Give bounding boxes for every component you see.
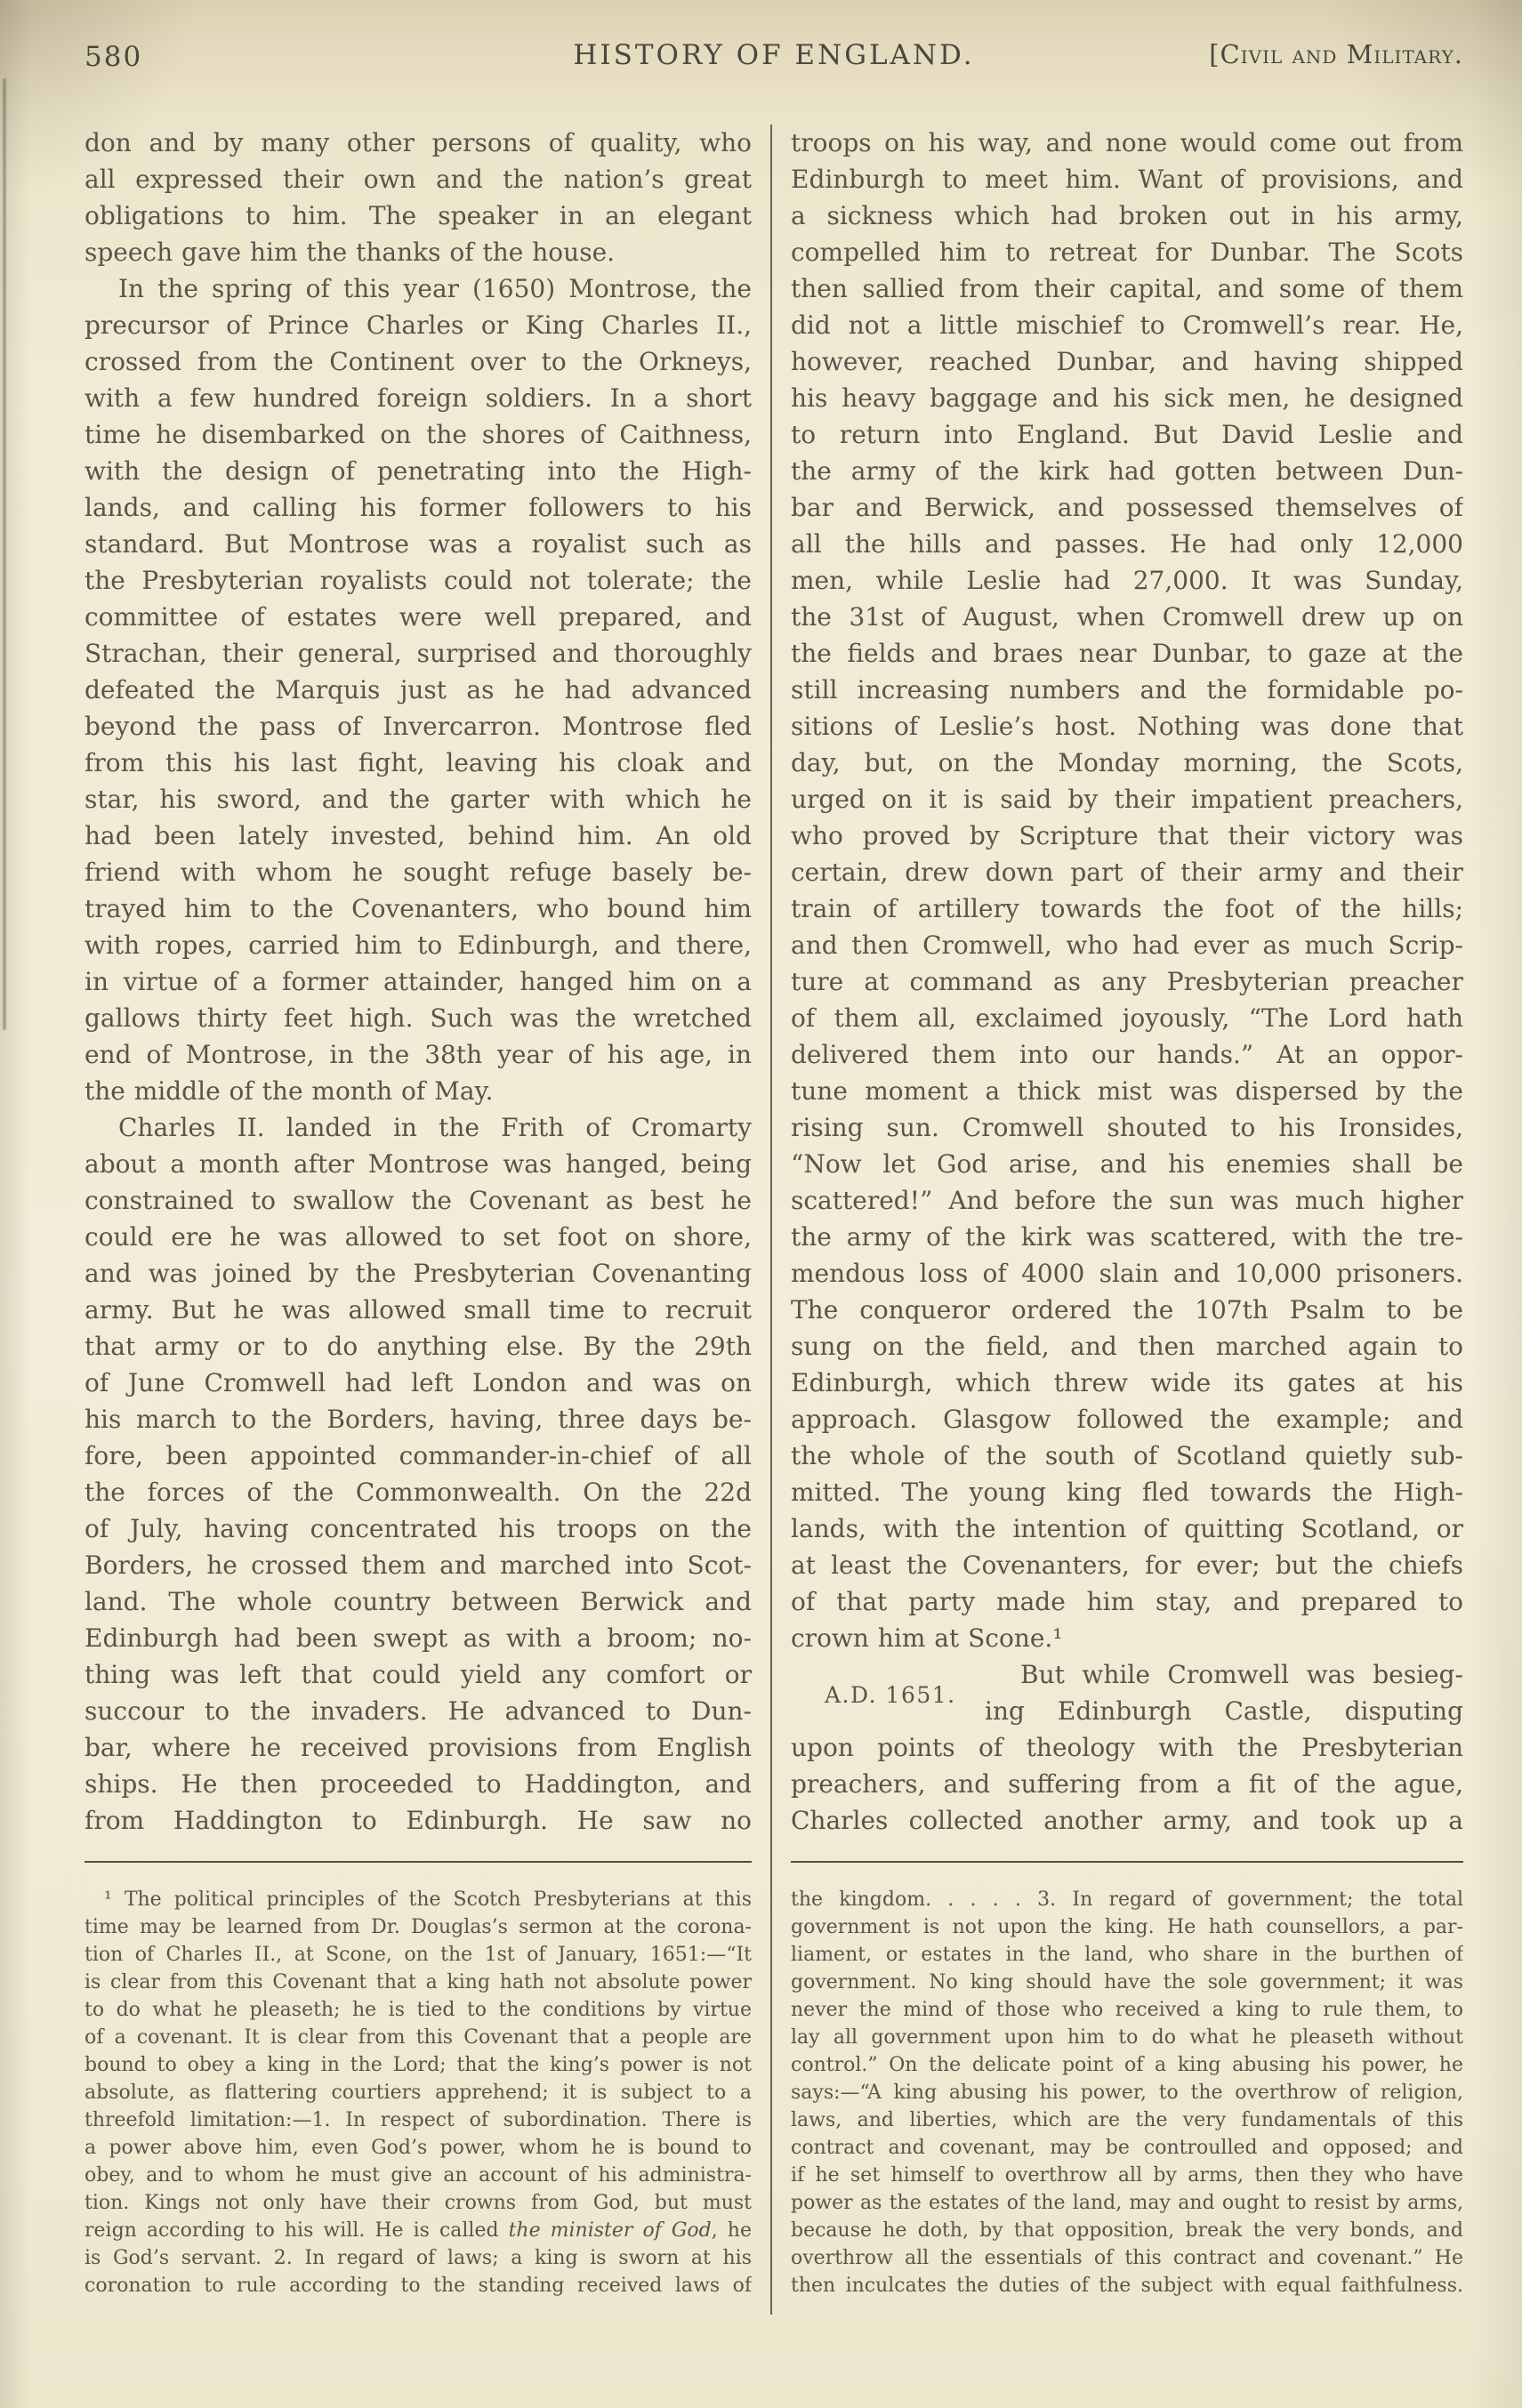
text-segment: from this his last fight, leaving his cl…	[85, 748, 752, 777]
text-segment: then inculcates the duties of the subjec…	[791, 2275, 1463, 2297]
text-segment: speech gave him the thanks of the house.	[85, 238, 615, 267]
text-segment: crossed from the Continent over to the O…	[85, 347, 752, 376]
text-line: rising sun. Cromwell shouted to his Iron…	[791, 1109, 1463, 1146]
text-line: land. The whole country between Berwick …	[85, 1583, 752, 1620]
text-line: Charles II. landed in the Frith of Croma…	[85, 1109, 752, 1146]
text-line: time he disembarked on the shores of Cai…	[85, 416, 752, 453]
text-line: ¹ The political principles of the Scotch…	[85, 1886, 752, 1913]
text-segment: who proved by Scripture that their victo…	[791, 821, 1463, 850]
marginal-date-note: A.D. 1651.	[825, 1682, 956, 1708]
text-line: Charles collected another army, and took…	[791, 1802, 1463, 1839]
text-line: the middle of the month of May.	[85, 1073, 752, 1109]
text-segment: gallows thirty feet high. Such was the w…	[85, 1003, 752, 1033]
paragraph: the kingdom. . . . . 3. In regard of gov…	[791, 1886, 1463, 2299]
text-line: obligations to him. The speaker in an el…	[85, 197, 752, 234]
text-line: committee of estates were well prepared,…	[85, 599, 752, 635]
text-line: the forces of the Commonwealth. On the 2…	[85, 1474, 752, 1510]
text-line: of a covenant. It is clear from this Cov…	[85, 2024, 752, 2051]
text-segment: of them all, exclaimed joyously, “The Lo…	[791, 1003, 1463, 1033]
text-line: lay all government upon him to do what h…	[791, 2024, 1463, 2051]
text-line: the kingdom. . . . . 3. In regard of gov…	[791, 1886, 1463, 1913]
left-text-column: don and by many other persons of quality…	[85, 125, 752, 1839]
text-line: overthrow all the essentials of this con…	[791, 2244, 1463, 2272]
text-line: obey, and to whom he must give an accoun…	[85, 2162, 752, 2189]
text-line: the fields and braes near Dunbar, to gaz…	[791, 635, 1463, 672]
text-line: “Now let God arise, and his enemies shal…	[791, 1146, 1463, 1182]
text-segment: ships. He then proceeded to Haddington, …	[85, 1769, 752, 1799]
text-segment: preachers, and suffering from a fit of t…	[791, 1769, 1463, 1799]
text-line: fore, been appointed commander-in-chief …	[85, 1438, 752, 1474]
text-segment: the fields and braes near Dunbar, to gaz…	[791, 639, 1463, 668]
text-segment: the Presbyterian royalists could not tol…	[85, 566, 752, 595]
text-line: threefold limitation:—1. In respect of s…	[85, 2106, 752, 2134]
text-line: delivered them into our hands.” At an op…	[791, 1036, 1463, 1073]
text-segment: obey, and to whom he must give an accoun…	[85, 2164, 752, 2187]
text-segment: his march to the Borders, having, three …	[85, 1405, 752, 1434]
text-line: Strachan, their general, surprised and t…	[85, 635, 752, 672]
text-segment: at least the Covenanters, for ever; but …	[791, 1550, 1463, 1580]
text-segment: train of artillery towards the foot of t…	[791, 894, 1463, 923]
text-line: scattered!” And before the sun was much …	[791, 1182, 1463, 1219]
text-segment: is God’s servant. 2. In regard of laws; …	[85, 2247, 752, 2269]
text-segment: thing was left that could yield any comf…	[85, 1660, 752, 1689]
text-segment: crown him at Scone.¹	[791, 1623, 1063, 1653]
running-title: HISTORY OF ENGLAND.	[573, 39, 974, 71]
text-segment: with ropes, carried him to Edinburgh, an…	[85, 930, 752, 960]
text-segment: obligations to him. The speaker in an el…	[85, 201, 752, 230]
text-line: did not a little mischief to Cromwell’s …	[791, 307, 1463, 343]
text-segment: a sickness which had broken out in his a…	[791, 201, 1463, 230]
text-segment: if he set himself to overthrow all by ar…	[791, 2164, 1463, 2187]
text-line: Edinburgh had been swept as with a broom…	[85, 1620, 752, 1656]
text-segment: trayed him to the Covenanters, who bound…	[85, 894, 752, 923]
text-segment: , he	[712, 2219, 752, 2242]
text-segment: did not a little mischief to Cromwell’s …	[791, 310, 1463, 340]
text-line: from this his last fight, leaving his cl…	[85, 745, 752, 781]
text-segment: to do what he pleaseth; he is tied to th…	[85, 1999, 752, 2021]
text-line: at least the Covenanters, for ever; but …	[791, 1547, 1463, 1583]
text-line: of that party made him stay, and prepare…	[791, 1583, 1463, 1620]
text-segment: tion of Charles II., at Scone, on the 1s…	[85, 1944, 752, 1966]
text-segment: the middle of the month of May.	[85, 1076, 494, 1106]
text-segment: mitted. The young king fled towards the …	[791, 1478, 1463, 1507]
text-segment: and was joined by the Presbyterian Coven…	[85, 1259, 752, 1288]
text-line: defeated the Marquis just as he had adva…	[85, 672, 752, 708]
text-segment: of a covenant. It is clear from this Cov…	[85, 2026, 752, 2049]
text-segment: sitions of Leslie’s host. Nothing was do…	[791, 712, 1463, 741]
text-line: coronation to rule according to the stan…	[85, 2272, 752, 2299]
text-segment: Charles collected another army, and took…	[791, 1806, 1463, 1835]
text-segment: But while Cromwell was besieg-	[1020, 1660, 1463, 1689]
text-segment: government is not upon the king. He hath…	[791, 1916, 1463, 1938]
text-line: bar and Berwick, and possessed themselve…	[791, 489, 1463, 526]
text-segment: liament, or estates in the land, who sha…	[791, 1944, 1463, 1966]
text-line: urged on it is said by their impatient p…	[791, 781, 1463, 817]
running-header: 580 HISTORY OF ENGLAND. [Civil and Milit…	[85, 36, 1463, 80]
text-segment: is clear from this Covenant that a king …	[85, 1971, 752, 1993]
text-segment: still increasing numbers and the formida…	[791, 675, 1463, 705]
text-segment: fore, been appointed commander-in-chief …	[85, 1441, 752, 1470]
footnote-left-column: ¹ The political principles of the Scotch…	[85, 1861, 752, 2299]
text-line: the Presbyterian royalists could not tol…	[85, 562, 752, 599]
text-line: and then Cromwell, who had ever as much …	[791, 927, 1463, 963]
text-segment: the kingdom. . . . . 3. In regard of gov…	[791, 1889, 1463, 1911]
text-segment: precursor of Prince Charles or King Char…	[85, 310, 752, 340]
text-segment: threefold limitation:—1. In respect of s…	[85, 2109, 752, 2131]
text-segment: all expressed their own and the nation’s…	[85, 165, 752, 194]
text-line: crossed from the Continent over to the O…	[85, 343, 752, 380]
text-line: of June Cromwell had left London and was…	[85, 1365, 752, 1401]
text-segment: urged on it is said by their impatient p…	[791, 785, 1463, 814]
text-line: Edinburgh to meet him. Want of provision…	[791, 161, 1463, 197]
text-segment: overthrow all the essentials of this con…	[791, 2247, 1463, 2269]
text-line: could ere he was allowed to set foot on …	[85, 1219, 752, 1255]
text-segment: the army of the kirk was scattered, with…	[791, 1222, 1463, 1252]
text-line: troops on his way, and none would come o…	[791, 125, 1463, 161]
text-line: government. No king should have the sole…	[791, 1969, 1463, 1996]
text-segment: certain, drew down part of their army an…	[791, 858, 1463, 887]
text-segment: bar and Berwick, and possessed themselve…	[791, 493, 1463, 522]
text-line: never the mind of those who received a k…	[791, 1996, 1463, 2024]
text-segment: his heavy baggage and his sick men, he d…	[791, 383, 1463, 413]
paragraph: don and by many other persons of quality…	[85, 125, 752, 270]
text-line: all expressed their own and the nation’s…	[85, 161, 752, 197]
text-line: train of artillery towards the foot of t…	[791, 890, 1463, 927]
text-line: reign according to his will. He is calle…	[85, 2217, 752, 2244]
text-segment: with the design of penetrating into the …	[85, 456, 752, 486]
text-line: mendous loss of 4000 slain and 10,000 pr…	[791, 1255, 1463, 1292]
text-line: sung on the field, and then marched agai…	[791, 1328, 1463, 1365]
text-segment: says:—“A king abusing his power, to the …	[791, 2082, 1463, 2104]
text-line: time may be learned from Dr. Douglas’s s…	[85, 1913, 752, 1941]
text-segment: coronation to rule according to the stan…	[85, 2275, 752, 2297]
text-segment: troops on his way, and none would come o…	[791, 128, 1463, 157]
text-segment: the army of the kirk had gotten between …	[791, 456, 1463, 486]
text-line: and was joined by the Presbyterian Coven…	[85, 1255, 752, 1292]
paragraph: Charles II. landed in the Frith of Croma…	[85, 1109, 752, 1839]
text-segment: the forces of the Commonwealth. On the 2…	[85, 1478, 752, 1507]
text-line: succour to the invaders. He advanced to …	[85, 1693, 752, 1729]
text-segment: ture at command as any Presbyterian prea…	[791, 967, 1463, 996]
text-segment: tion. Kings not only have their crowns f…	[85, 2192, 752, 2214]
text-segment: the whole of the south of Scotland quiet…	[791, 1441, 1463, 1470]
text-line: his march to the Borders, having, three …	[85, 1401, 752, 1438]
text-segment: of that party made him stay, and prepare…	[791, 1587, 1463, 1616]
text-segment: then sallied from their capital, and som…	[791, 274, 1463, 303]
text-line: approach. Glasgow followed the example; …	[791, 1401, 1463, 1438]
text-segment: contract and covenant, may be controulle…	[791, 2137, 1463, 2159]
text-segment: a power above him, even God’s power, who…	[85, 2137, 752, 2159]
text-segment: defeated the Marquis just as he had adva…	[85, 675, 752, 705]
text-segment: succour to the invaders. He advanced to …	[85, 1696, 752, 1726]
text-line: who proved by Scripture that their victo…	[791, 817, 1463, 854]
text-line: liament, or estates in the land, who sha…	[791, 1941, 1463, 1969]
text-line: of them all, exclaimed joyously, “The Lo…	[791, 1000, 1463, 1036]
text-segment: standard. But Montrose was a royalist su…	[85, 529, 752, 559]
text-segment: Edinburgh, which threw wide its gates at…	[791, 1368, 1463, 1397]
text-line: men, while Leslie had 27,000. It was Sun…	[791, 562, 1463, 599]
text-segment: control.” On the delicate point of a kin…	[791, 2054, 1463, 2076]
text-line: Borders, he crossed them and marched int…	[85, 1547, 752, 1583]
text-segment: about a month after Montrose was hanged,…	[85, 1149, 752, 1179]
text-line: about a month after Montrose was hanged,…	[85, 1146, 752, 1182]
text-line: however, reached Dunbar, and having ship…	[791, 343, 1463, 380]
text-line: in virtue of a former attainder, hanged …	[85, 963, 752, 1000]
column-divider-rule	[770, 125, 772, 2315]
text-segment: don and by many other persons of quality…	[85, 128, 752, 157]
text-segment: end of Montrose, in the 38th year of his…	[85, 1040, 752, 1069]
text-segment: committee of estates were well prepared,…	[85, 602, 752, 632]
text-segment: reign according to his will. He is calle…	[85, 2219, 509, 2242]
text-segment: from Haddington to Edinburgh. He saw no	[85, 1806, 752, 1835]
text-line: don and by many other persons of quality…	[85, 125, 752, 161]
text-segment: however, reached Dunbar, and having ship…	[791, 347, 1463, 376]
text-segment: and then Cromwell, who had ever as much …	[791, 930, 1463, 960]
text-line: still increasing numbers and the formida…	[791, 672, 1463, 708]
text-segment: power as the estates of the land, may an…	[791, 2192, 1463, 2214]
text-segment: upon points of theology with the Presbyt…	[791, 1733, 1463, 1762]
text-segment: day, but, on the Monday morning, the Sco…	[791, 748, 1463, 777]
text-line: In the spring of this year (1650) Montro…	[85, 270, 752, 307]
text-segment: army. But he was allowed small time to r…	[85, 1295, 752, 1325]
header-section-label: [Civil and Military.	[1209, 39, 1463, 69]
text-line: lands, with the intention of quitting Sc…	[791, 1510, 1463, 1547]
text-line: with the design of penetrating into the …	[85, 453, 752, 489]
text-segment: that army or to do anything else. By the…	[85, 1332, 752, 1361]
text-line: gallows thirty feet high. Such was the w…	[85, 1000, 752, 1036]
text-segment: “Now let God arise, and his enemies shal…	[791, 1149, 1463, 1179]
text-segment: because he doth, by that opposition, bre…	[791, 2219, 1463, 2242]
text-line: with ropes, carried him to Edinburgh, an…	[85, 927, 752, 963]
text-line: laws, and liberties, which are the very …	[791, 2106, 1463, 2134]
text-segment: delivered them into our hands.” At an op…	[791, 1040, 1463, 1069]
text-segment: sung on the field, and then marched agai…	[791, 1332, 1463, 1361]
text-line: tune moment a thick mist was dispersed b…	[791, 1073, 1463, 1109]
text-segment: had been lately invested, behind him. An…	[85, 821, 752, 850]
text-segment: in virtue of a former attainder, hanged …	[85, 967, 752, 996]
text-line: a power above him, even God’s power, who…	[85, 2134, 752, 2162]
text-segment: Edinburgh to meet him. Want of provision…	[791, 165, 1463, 194]
text-segment: with a few hundred foreign soldiers. In …	[85, 383, 752, 413]
text-segment: The conqueror ordered the 107th Psalm to…	[791, 1295, 1463, 1325]
scan-edge-artifact	[3, 78, 6, 1030]
text-segment: Strachan, their general, surprised and t…	[85, 639, 752, 668]
text-line: standard. But Montrose was a royalist su…	[85, 526, 752, 562]
text-segment: laws, and liberties, which are the very …	[791, 2109, 1463, 2131]
text-line: tion. Kings not only have their crowns f…	[85, 2189, 752, 2217]
text-segment: lay all government upon him to do what h…	[791, 2026, 1463, 2049]
text-line: trayed him to the Covenanters, who bound…	[85, 890, 752, 927]
text-line: of July, having concentrated his troops …	[85, 1510, 752, 1547]
text-segment: men, while Leslie had 27,000. It was Sun…	[791, 566, 1463, 595]
text-segment: beyond the pass of Invercarron. Montrose…	[85, 712, 752, 741]
text-line: The conqueror ordered the 107th Psalm to…	[791, 1292, 1463, 1328]
text-line: the 31st of August, when Cromwell drew u…	[791, 599, 1463, 635]
text-line: is God’s servant. 2. In regard of laws; …	[85, 2244, 752, 2272]
text-line: because he doth, by that opposition, bre…	[791, 2217, 1463, 2244]
text-line: star, his sword, and the garter with whi…	[85, 781, 752, 817]
text-segment: scattered!” And before the sun was much …	[791, 1186, 1463, 1215]
paragraph: A.D. 1651.But while Cromwell was besieg-…	[791, 1656, 1463, 1839]
text-segment: constrained to swallow the Covenant as b…	[85, 1186, 752, 1215]
right-text-column: troops on his way, and none would come o…	[791, 125, 1463, 1839]
text-segment: Edinburgh had been swept as with a broom…	[85, 1623, 752, 1653]
italic-text: the minister of God	[509, 2219, 712, 2242]
text-line: thing was left that could yield any comf…	[85, 1656, 752, 1693]
text-line: the whole of the south of Scotland quiet…	[791, 1438, 1463, 1474]
text-segment: In the spring of this year (1650) Montro…	[118, 274, 752, 303]
text-segment: friend with whom he sought refuge basely…	[85, 858, 752, 887]
text-line: that army or to do anything else. By the…	[85, 1328, 752, 1365]
text-segment: ing Edinburgh Castle, disputing	[985, 1696, 1463, 1726]
text-segment: land. The whole country between Berwick …	[85, 1587, 752, 1616]
text-line: ships. He then proceeded to Haddington, …	[85, 1766, 752, 1802]
text-segment: ¹ The political principles of the Scotch…	[104, 1889, 752, 1911]
text-line: contract and covenant, may be controulle…	[791, 2134, 1463, 2162]
text-line: a sickness which had broken out in his a…	[791, 197, 1463, 234]
book-page-scan: 580 HISTORY OF ENGLAND. [Civil and Milit…	[0, 0, 1522, 2408]
text-segment: never the mind of those who received a k…	[791, 1999, 1463, 2021]
text-line: bar, where he received provisions from E…	[85, 1729, 752, 1766]
text-line: the army of the kirk had gotten between …	[791, 453, 1463, 489]
paragraph: In the spring of this year (1650) Montro…	[85, 270, 752, 1109]
text-segment: bar, where he received provisions from E…	[85, 1733, 752, 1762]
text-line: says:—“A king abusing his power, to the …	[791, 2079, 1463, 2106]
text-line: certain, drew down part of their army an…	[791, 854, 1463, 890]
text-line: end of Montrose, in the 38th year of his…	[85, 1036, 752, 1073]
text-segment: rising sun. Cromwell shouted to his Iron…	[791, 1113, 1463, 1142]
text-line: had been lately invested, behind him. An…	[85, 817, 752, 854]
text-segment: could ere he was allowed to set foot on …	[85, 1222, 752, 1252]
text-line: then inculcates the duties of the subjec…	[791, 2272, 1463, 2299]
text-segment: bound to obey a king in the Lord; that t…	[85, 2054, 752, 2076]
text-line: is clear from this Covenant that a king …	[85, 1969, 752, 1996]
text-segment: absolute, as flattering courtiers appreh…	[85, 2082, 752, 2104]
text-segment: all the hills and passes. He had only 12…	[791, 529, 1463, 559]
text-line: mitted. The young king fled towards the …	[791, 1474, 1463, 1510]
text-line: upon points of theology with the Presbyt…	[791, 1729, 1463, 1766]
text-line: government is not upon the king. He hath…	[791, 1913, 1463, 1941]
text-segment: approach. Glasgow followed the example; …	[791, 1405, 1463, 1434]
text-line: power as the estates of the land, may an…	[791, 2189, 1463, 2217]
text-segment: of July, having concentrated his troops …	[85, 1514, 752, 1543]
text-segment: time may be learned from Dr. Douglas’s s…	[85, 1916, 752, 1938]
text-line: preachers, and suffering from a fit of t…	[791, 1766, 1463, 1802]
text-line: all the hills and passes. He had only 12…	[791, 526, 1463, 562]
text-line: army. But he was allowed small time to r…	[85, 1292, 752, 1328]
text-line: control.” On the delicate point of a kin…	[791, 2051, 1463, 2079]
text-segment: lands, and calling his former followers …	[85, 493, 752, 522]
text-line: bound to obey a king in the Lord; that t…	[85, 2051, 752, 2079]
text-line: the army of the kirk was scattered, with…	[791, 1219, 1463, 1255]
text-segment: lands, with the intention of quitting Sc…	[791, 1514, 1463, 1543]
text-segment: to return into England. But David Leslie…	[791, 420, 1463, 449]
page-number: 580	[85, 41, 142, 73]
text-line: Edinburgh, which threw wide its gates at…	[791, 1365, 1463, 1401]
text-segment: compelled him to retreat for Dunbar. The…	[791, 238, 1463, 267]
text-line: with a few hundred foreign soldiers. In …	[85, 380, 752, 416]
text-line: lands, and calling his former followers …	[85, 489, 752, 526]
text-line: then sallied from their capital, and som…	[791, 270, 1463, 307]
text-line: speech gave him the thanks of the house.	[85, 234, 752, 270]
text-line: absolute, as flattering courtiers appreh…	[85, 2079, 752, 2106]
text-line: day, but, on the Monday morning, the Sco…	[791, 745, 1463, 781]
text-segment: the 31st of August, when Cromwell drew u…	[791, 602, 1463, 632]
text-segment: mendous loss of 4000 slain and 10,000 pr…	[791, 1259, 1463, 1288]
text-line: crown him at Scone.¹	[791, 1620, 1463, 1656]
text-line: beyond the pass of Invercarron. Montrose…	[85, 708, 752, 745]
paragraph: ¹ The political principles of the Scotch…	[85, 1886, 752, 2299]
text-segment: Charles II. landed in the Frith of Croma…	[118, 1113, 752, 1142]
text-line: from Haddington to Edinburgh. He saw no	[85, 1802, 752, 1839]
text-segment: Borders, he crossed them and marched int…	[85, 1550, 752, 1580]
text-line: precursor of Prince Charles or King Char…	[85, 307, 752, 343]
footnote-right-column: the kingdom. . . . . 3. In regard of gov…	[791, 1861, 1463, 2299]
text-segment: government. No king should have the sole…	[791, 1971, 1463, 1993]
text-line: ture at command as any Presbyterian prea…	[791, 963, 1463, 1000]
text-line: friend with whom he sought refuge basely…	[85, 854, 752, 890]
text-segment: star, his sword, and the garter with whi…	[85, 785, 752, 814]
text-segment: of June Cromwell had left London and was…	[85, 1368, 752, 1397]
text-segment: tune moment a thick mist was dispersed b…	[791, 1076, 1463, 1106]
paragraph: troops on his way, and none would come o…	[791, 125, 1463, 1656]
text-line: constrained to swallow the Covenant as b…	[85, 1182, 752, 1219]
text-line: compelled him to retreat for Dunbar. The…	[791, 234, 1463, 270]
text-line: tion of Charles II., at Scone, on the 1s…	[85, 1941, 752, 1969]
text-line: his heavy baggage and his sick men, he d…	[791, 380, 1463, 416]
text-line: to do what he pleaseth; he is tied to th…	[85, 1996, 752, 2024]
text-line: to return into England. But David Leslie…	[791, 416, 1463, 453]
text-line: sitions of Leslie’s host. Nothing was do…	[791, 708, 1463, 745]
text-line: if he set himself to overthrow all by ar…	[791, 2162, 1463, 2189]
text-segment: time he disembarked on the shores of Cai…	[85, 420, 752, 449]
